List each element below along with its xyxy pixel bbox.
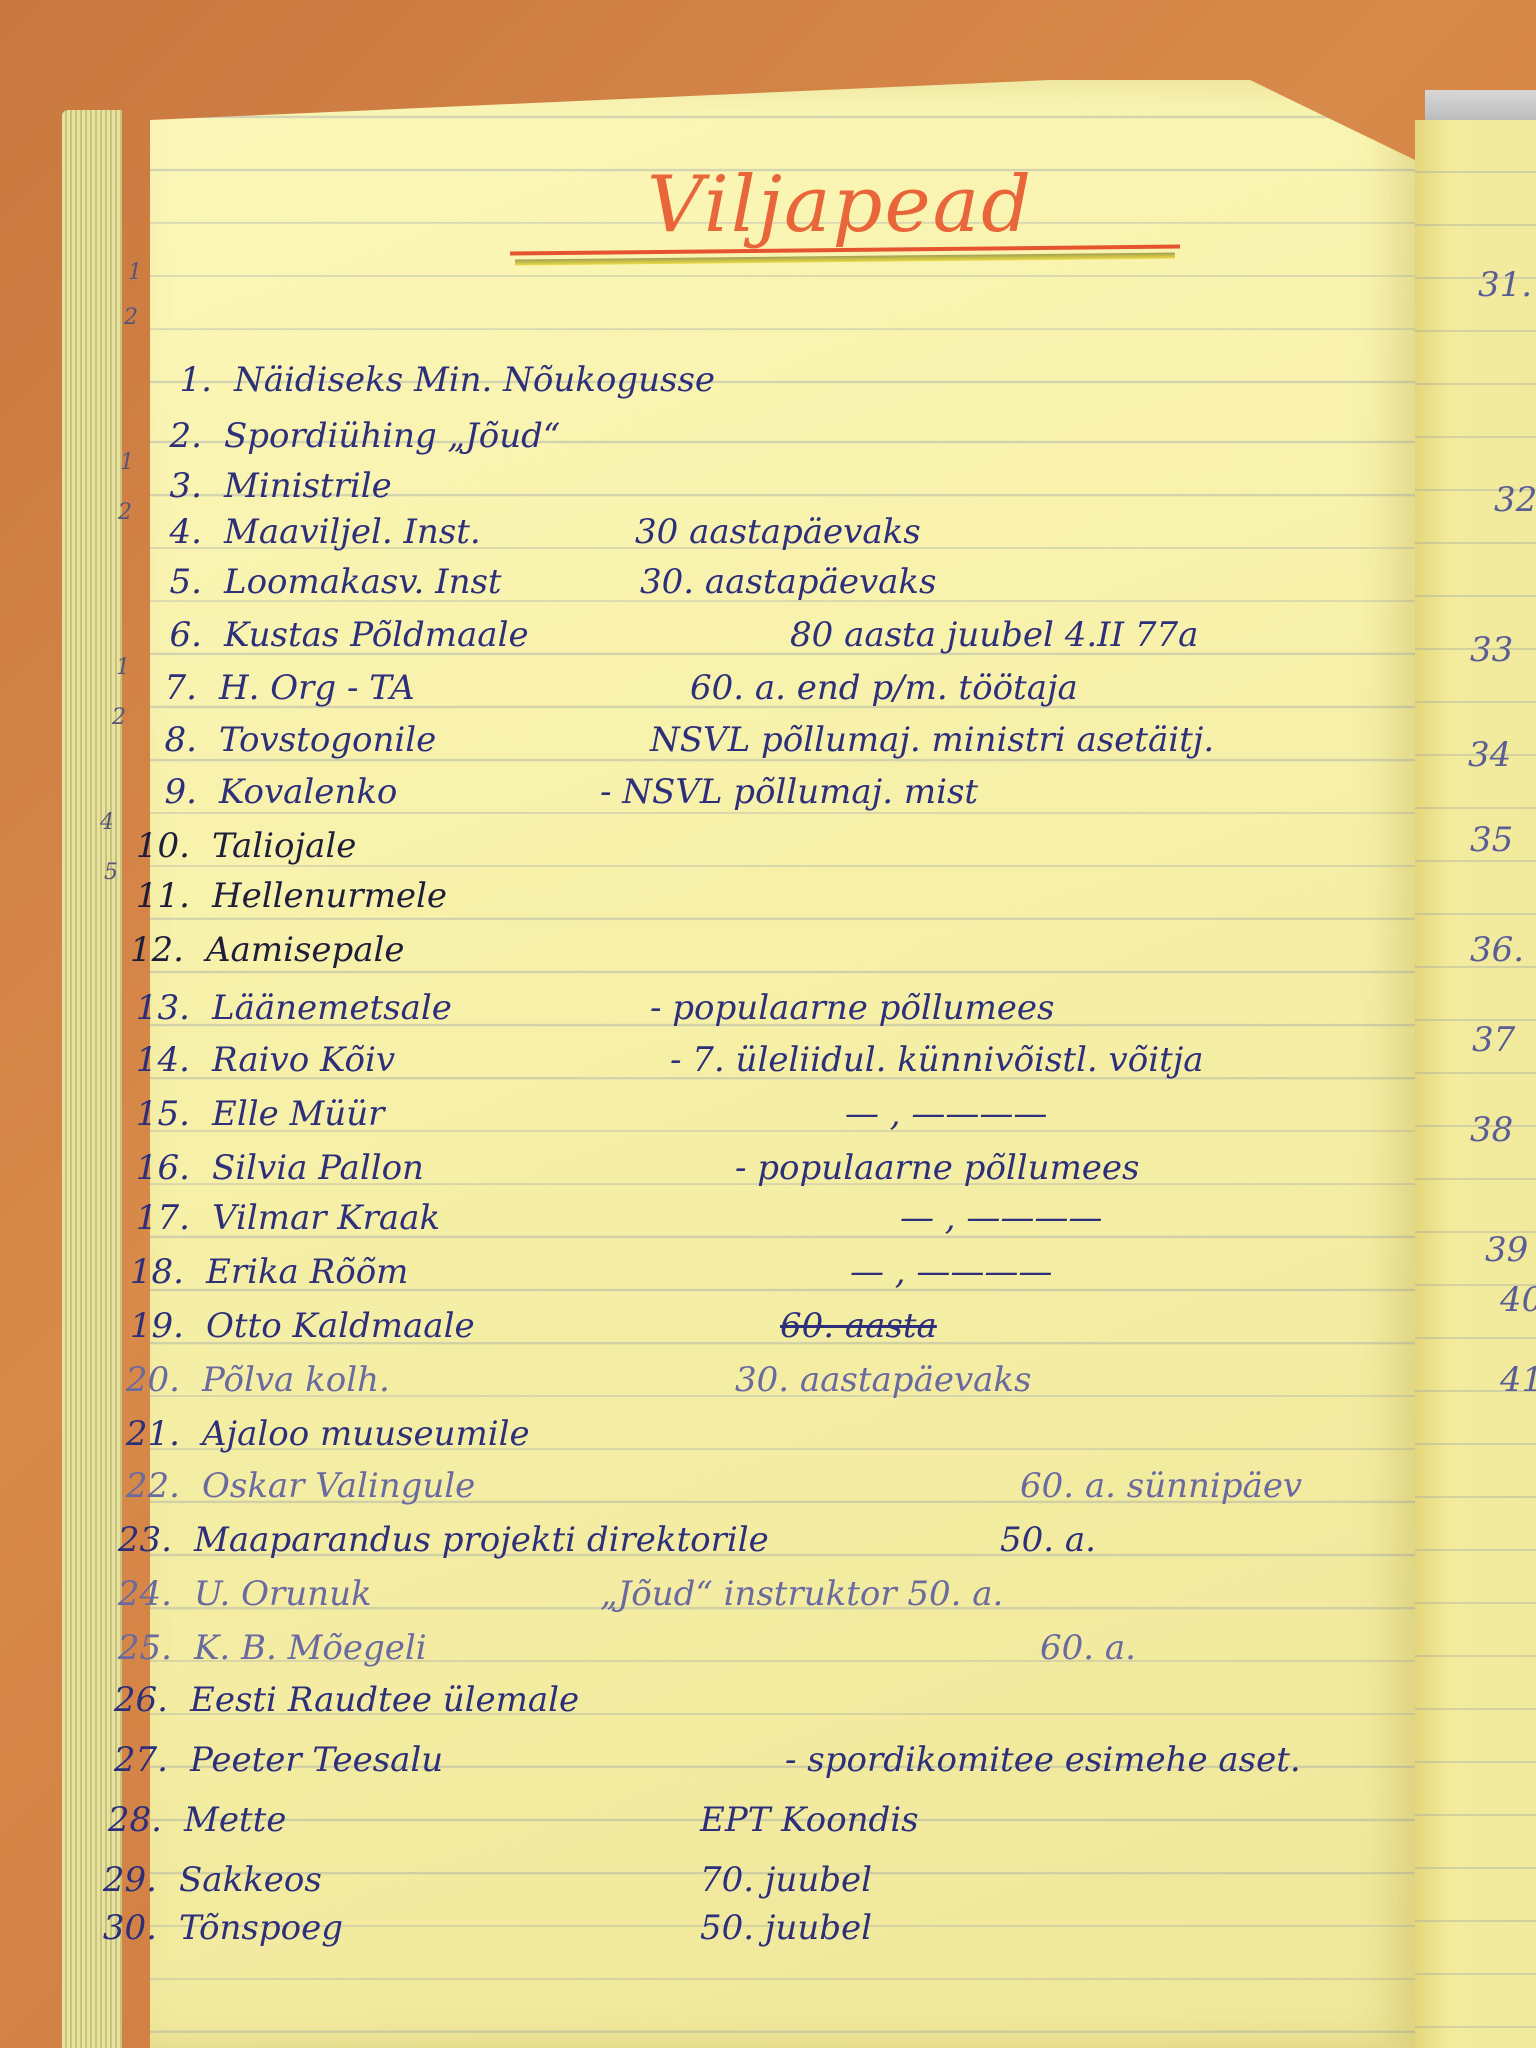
right-page-entry-number: 40 (1500, 1280, 1536, 1320)
entry-number: 22. (108, 1466, 180, 1506)
entry-number: 14. (118, 1040, 190, 1080)
margin-tally-mark: 1 (116, 655, 130, 680)
list-item: 26.Eesti Raudtee ülemale (96, 1680, 579, 1720)
entry-note: - spordikomitee esimehe aset. (785, 1740, 1301, 1780)
entry-number: 28. (90, 1800, 162, 1840)
list-item: 29.Sakkeos70. juubel (85, 1860, 322, 1900)
right-page-entry-number: 37 (1472, 1020, 1515, 1060)
list-item: 17.Vilmar Kraak— , ———— (118, 1198, 440, 1238)
list-item: 9.Kovalenko- NSVL põllumaj. mist (125, 772, 397, 812)
list-item: 14.Raivo Kõiv- 7. üleliidul. künnivõistl… (118, 1040, 395, 1080)
entry-note: — , ———— (900, 1198, 1102, 1238)
entry-recipient: Näidiseks Min. Nõukogusse (234, 360, 715, 400)
entry-recipient: Eesti Raudtee ülemale (190, 1680, 579, 1720)
entry-number: 18. (112, 1252, 184, 1292)
list-item: 10.Taliojale (118, 826, 356, 866)
entry-number: 30. (85, 1908, 157, 1948)
entry-note: 60. a. end p/m. töötaja (690, 668, 1078, 708)
entry-recipient: H. Org - TA (219, 668, 415, 708)
entry-number: 19. (112, 1306, 184, 1346)
list-item: 30.Tõnspoeg50. juubel (85, 1908, 343, 1948)
entry-note: - 7. üleliidul. künnivõistl. võitja (670, 1040, 1204, 1080)
list-item: 11.Hellenurmele (118, 876, 447, 916)
entry-recipient: Ministrile (224, 466, 392, 506)
entry-recipient: Sakkeos (179, 1860, 322, 1900)
entry-recipient: Oskar Valingule (202, 1466, 475, 1506)
entry-recipient: Aamisepale (206, 930, 405, 970)
entry-number: 17. (118, 1198, 190, 1238)
entry-note: 70. juubel (700, 1860, 872, 1900)
list-item: 8.TovstogonileNSVL põllumaj. ministri as… (125, 720, 436, 760)
margin-tally-mark: 2 (118, 500, 132, 525)
entry-number: 11. (118, 876, 190, 916)
entry-recipient: Peeter Teesalu (190, 1740, 443, 1780)
list-item: 7.H. Org - TA60. a. end p/m. töötaja (125, 668, 415, 708)
right-page-entry-number: 41 (1500, 1360, 1536, 1400)
entry-recipient: Ajaloo muuseumile (202, 1414, 530, 1454)
list-item: 25.K. B. Mõegeli60. a. (100, 1628, 427, 1668)
entry-recipient: Loomakasv. Inst (224, 562, 502, 602)
entry-recipient: Läänemetsale (212, 988, 452, 1028)
list-item: 12.Aamisepale (112, 930, 405, 970)
entry-number: 16. (118, 1148, 190, 1188)
entry-number: 8. (125, 720, 197, 760)
list-item: 3.Ministrile (130, 466, 392, 506)
list-item: 18.Erika Rõõm— , ———— (112, 1252, 408, 1292)
list-item: 2.Spordiühing „Jõud“ (130, 416, 560, 456)
entry-number: 23. (100, 1520, 172, 1560)
entry-note: 30 aastapäevaks (635, 512, 921, 552)
entry-recipient: Otto Kaldmaale (206, 1306, 475, 1346)
right-page-entry-number: 33 (1470, 630, 1513, 670)
entry-note: 30. aastapäevaks (735, 1360, 1032, 1400)
list-item: 6.Kustas Põldmaale80 aasta juubel 4.II 7… (130, 615, 529, 655)
entry-note: 60. aasta (780, 1306, 937, 1346)
margin-tally-mark: 5 (104, 860, 118, 885)
entry-recipient: Elle Müür (212, 1094, 384, 1134)
entry-note: - NSVL põllumaj. mist (600, 772, 978, 812)
right-page-entry-number: 36. (1470, 930, 1524, 970)
entry-recipient: Vilmar Kraak (212, 1198, 440, 1238)
entry-note: NSVL põllumaj. ministri asetäitj. (650, 720, 1214, 760)
entry-note: 50. juubel (700, 1908, 872, 1948)
margin-tally-mark: 1 (128, 260, 142, 285)
entry-note: - populaarne põllumees (735, 1148, 1140, 1188)
entry-recipient: U. Orunuk (194, 1574, 372, 1614)
entry-recipient: Maaparandus projekti direktorile (194, 1520, 769, 1560)
entry-number: 12. (112, 930, 184, 970)
entry-number: 26. (96, 1680, 168, 1720)
list-item: 27.Peeter Teesalu- spordikomitee esimehe… (96, 1740, 443, 1780)
entry-recipient: Põlva kolh. (202, 1360, 390, 1400)
right-page-entry-number: 38 (1470, 1110, 1513, 1150)
margin-tally-mark: 4 (100, 810, 114, 835)
list-item: 13.Läänemetsale- populaarne põllumees (118, 988, 452, 1028)
entry-number: 15. (118, 1094, 190, 1134)
list-item: 4.Maaviljel. Inst.30 aastapäevaks (130, 512, 481, 552)
entry-number: 13. (118, 988, 190, 1028)
entry-number: 27. (96, 1740, 168, 1780)
entry-note: — , ———— (845, 1094, 1047, 1134)
entry-recipient: Mette (184, 1800, 286, 1840)
entry-number: 29. (85, 1860, 157, 1900)
entry-recipient: Raivo Kõiv (212, 1040, 395, 1080)
entry-number: 24. (100, 1574, 172, 1614)
right-page-entry-number: 34 (1468, 735, 1511, 775)
entry-number: 1. (140, 360, 212, 400)
right-page-entry-number: 32 (1494, 480, 1536, 520)
entry-note: „Jõud“ instruktor 50. a. (600, 1574, 1003, 1614)
entry-number: 4. (130, 512, 202, 552)
list-item: 5.Loomakasv. Inst30. aastapäevaks (130, 562, 502, 602)
entry-recipient: Kovalenko (219, 772, 397, 812)
list-item: 21.Ajaloo muuseumile (108, 1414, 530, 1454)
entry-note: — , ———— (850, 1252, 1052, 1292)
page-title: Viljapead (560, 160, 1120, 250)
entry-number: 5. (130, 562, 202, 602)
right-page-entry-number: 35 (1470, 820, 1513, 860)
entry-recipient: Maaviljel. Inst. (224, 512, 481, 552)
right-page (1415, 120, 1536, 2048)
list-item: 28.MetteEPT Koondis (90, 1800, 286, 1840)
list-item: 19.Otto Kaldmaale60. aasta (112, 1306, 475, 1346)
margin-tally-mark: 2 (112, 705, 126, 730)
entry-recipient: Erika Rõõm (206, 1252, 408, 1292)
right-page-entry-number: 39 (1485, 1230, 1528, 1270)
entry-note: 30. aastapäevaks (640, 562, 937, 602)
entry-recipient: K. B. Mõegeli (194, 1628, 427, 1668)
entry-recipient: Tõnspoeg (179, 1908, 343, 1948)
list-item: 16.Silvia Pallon- populaarne põllumees (118, 1148, 424, 1188)
entry-recipient: Kustas Põldmaale (224, 615, 529, 655)
entry-note: 60. a. (1040, 1628, 1136, 1668)
entry-number: 9. (125, 772, 197, 812)
entry-number: 21. (108, 1414, 180, 1454)
entry-number: 3. (130, 466, 202, 506)
entry-recipient: Silvia Pallon (212, 1148, 424, 1188)
entry-number: 7. (125, 668, 197, 708)
entry-number: 20. (108, 1360, 180, 1400)
margin-tally-mark: 2 (124, 305, 138, 330)
entry-note: 60. a. sünnipäev (1020, 1466, 1302, 1506)
list-item: 23.Maaparandus projekti direktorile50. a… (100, 1520, 769, 1560)
entry-note: 80 aasta juubel 4.II 77a (790, 615, 1198, 655)
list-item: 24.U. Orunuk„Jõud“ instruktor 50. a. (100, 1574, 372, 1614)
entry-number: 6. (130, 615, 202, 655)
margin-tally-mark: 1 (120, 450, 134, 475)
entry-recipient: Taliojale (212, 826, 356, 866)
entry-note: 50. a. (1000, 1520, 1096, 1560)
entry-number: 2. (130, 416, 202, 456)
list-item: 1.Näidiseks Min. Nõukogusse (140, 360, 715, 400)
entry-recipient: Hellenurmele (212, 876, 447, 916)
entry-recipient: Spordiühing „Jõud“ (224, 416, 560, 456)
list-item: 22.Oskar Valingule60. a. sünnipäev (108, 1466, 475, 1506)
right-page-entry-number: 31. (1478, 265, 1532, 305)
entry-number: 25. (100, 1628, 172, 1668)
list-item: 20.Põlva kolh.30. aastapäevaks (108, 1360, 390, 1400)
entry-number: 10. (118, 826, 190, 866)
entry-note: EPT Koondis (700, 1800, 919, 1840)
entry-recipient: Tovstogonile (219, 720, 436, 760)
list-item: 15.Elle Müür— , ———— (118, 1094, 384, 1134)
entry-note: - populaarne põllumees (650, 988, 1055, 1028)
